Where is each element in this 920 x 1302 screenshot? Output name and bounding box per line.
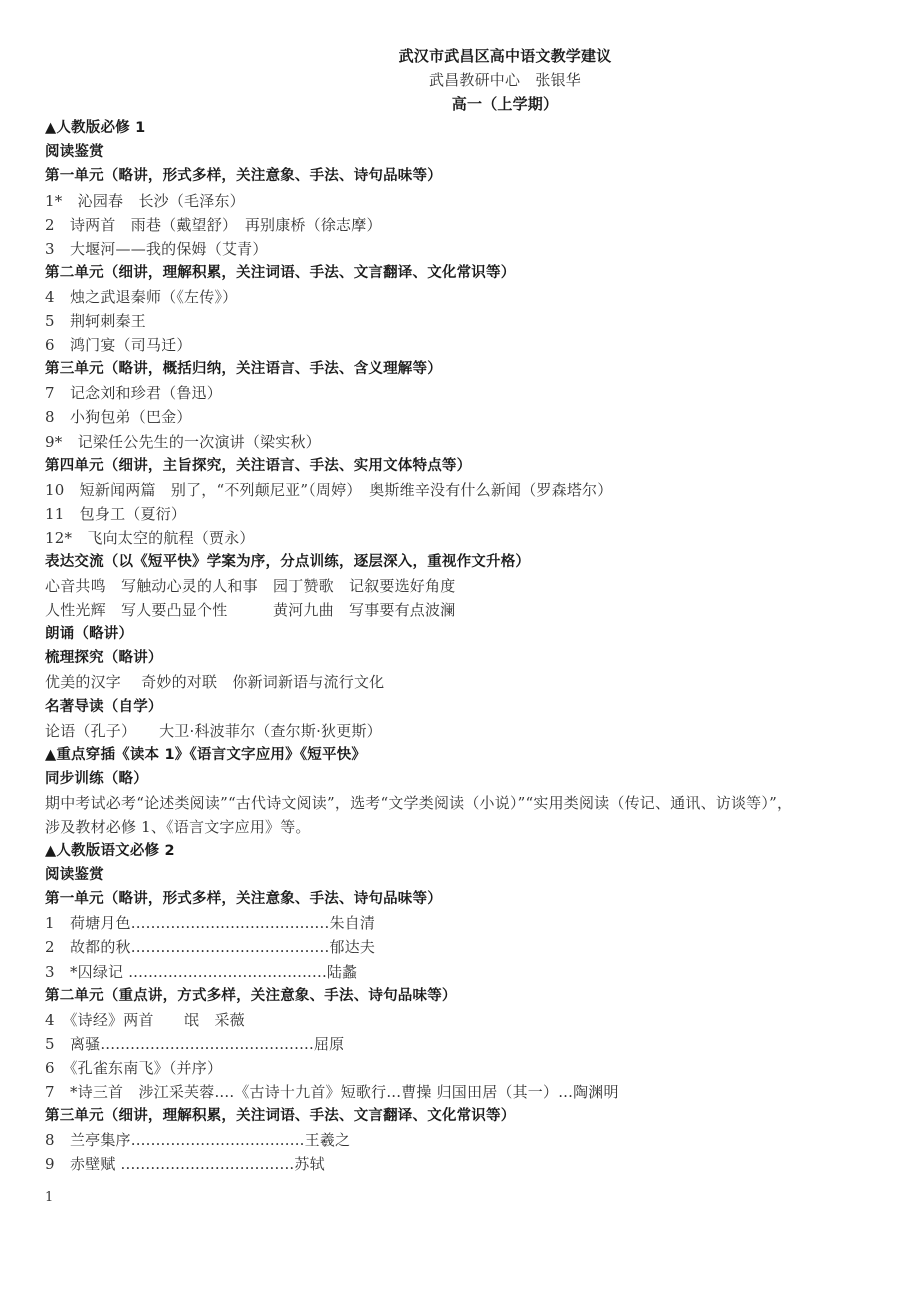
term-heading: 高一（上学期） xyxy=(45,92,885,116)
section-heading: 阅读鉴赏 xyxy=(45,140,885,164)
content-line: 9* 记梁任公先生的一次演讲（梁实秋） xyxy=(45,430,885,454)
content-line: 8 小狗包弟（巴金） xyxy=(45,405,885,429)
content-line: 1* 沁园春 长沙（毛泽东） xyxy=(45,189,885,213)
section-heading: ▲人教版语文必修 2 xyxy=(45,839,885,863)
section-heading: 第二单元（重点讲，方式多样，关注意象、手法、诗句品味等） xyxy=(45,984,885,1008)
content-line: 7 记念刘和珍君（鲁迅） xyxy=(45,381,885,405)
document-author: 武昌教研中心 张银华 xyxy=(45,68,885,92)
content-line: 论语（孔子） 大卫·科波菲尔（查尔斯·狄更斯） xyxy=(45,719,885,743)
section-heading: 第四单元（细讲，主旨探究，关注语言、手法、实用文体特点等） xyxy=(45,454,885,478)
content-line: 涉及教材必修 1、《语言文字应用》等。 xyxy=(45,815,885,839)
section-heading: 名著导读（自学） xyxy=(45,695,885,719)
content-line: 12* 飞向太空的航程（贾永） xyxy=(45,526,885,550)
section-heading: 第一单元（略讲，形式多样，关注意象、手法、诗句品味等） xyxy=(45,887,885,911)
section-heading: 第三单元（细讲，理解积累，关注词语、手法、文言翻译、文化常识等） xyxy=(45,1104,885,1128)
document-title: 武汉市武昌区高中语文教学建议 xyxy=(45,44,885,68)
content-line: 7 *诗三首 涉江采芙蓉....《古诗十九首》短歌行...曹操 归国田居（其一）… xyxy=(45,1080,885,1104)
content-line: 8 兰亭集序..................................… xyxy=(45,1128,885,1152)
content-line: 6 鸿门宴（司马迁） xyxy=(45,333,885,357)
section-heading: 梳理探究（略讲） xyxy=(45,646,885,670)
section-heading: 第二单元（细讲，理解积累，关注词语、手法、文言翻译、文化常识等） xyxy=(45,261,885,285)
content-line: 期中考试必考“论述类阅读”“古代诗文阅读”，选考“文学类阅读（小说）”“实用类阅… xyxy=(45,791,885,815)
content-line: 10 短新闻两篇 别了，“不列颠尼亚”（周婷） 奥斯维辛没有什么新闻（罗森塔尔） xyxy=(45,478,885,502)
content-line: 5 离骚....................................… xyxy=(45,1032,885,1056)
page-number: 1 xyxy=(45,1190,53,1205)
content-line: 1 荷塘月色..................................… xyxy=(45,911,885,935)
content-line: 4 烛之武退秦师（《左传》） xyxy=(45,285,885,309)
document-page: 武汉市武昌区高中语文教学建议 武昌教研中心 张银华 高一（上学期） ▲人教版必修… xyxy=(45,44,885,1176)
content-lines: ▲人教版必修 1阅读鉴赏第一单元（略讲，形式多样，关注意象、手法、诗句品味等）1… xyxy=(45,116,885,1176)
section-heading: 第一单元（略讲，形式多样，关注意象、手法、诗句品味等） xyxy=(45,164,885,188)
content-line: 人性光辉 写人要凸显个性 黄河九曲 写事要有点波澜 xyxy=(45,598,885,622)
content-line: 6 《孔雀东南飞》（并序） xyxy=(45,1056,885,1080)
content-line: 2 诗两首 雨巷（戴望舒） 再别康桥（徐志摩） xyxy=(45,213,885,237)
content-line: 11 包身工（夏衍） xyxy=(45,502,885,526)
content-line: 心音共鸣 写触动心灵的人和事 园丁赞歌 记叙要选好角度 xyxy=(45,574,885,598)
section-heading: 朗诵（略讲） xyxy=(45,622,885,646)
section-heading: 表达交流（以《短平快》学案为序，分点训练，逐层深入，重视作文升格） xyxy=(45,550,885,574)
content-line: 3 *囚绿记 .................................… xyxy=(45,960,885,984)
section-heading: 第三单元（略讲，概括归纳，关注语言、手法、含义理解等） xyxy=(45,357,885,381)
content-line: 2 故都的秋..................................… xyxy=(45,935,885,959)
content-line: 4 《诗经》两首 氓 采薇 xyxy=(45,1008,885,1032)
section-heading: 同步训练（略） xyxy=(45,767,885,791)
section-heading: ▲重点穿插《读本 1》《语言文字应用》《短平快》 xyxy=(45,743,885,767)
section-heading: 阅读鉴赏 xyxy=(45,863,885,887)
section-heading: ▲人教版必修 1 xyxy=(45,116,885,140)
content-line: 优美的汉字 奇妙的对联 你新词新语与流行文化 xyxy=(45,670,885,694)
content-line: 9 赤壁赋 ..................................… xyxy=(45,1152,885,1176)
content-line: 5 荆轲刺秦王 xyxy=(45,309,885,333)
content-line: 3 大堰河——我的保姆（艾青） xyxy=(45,237,885,261)
